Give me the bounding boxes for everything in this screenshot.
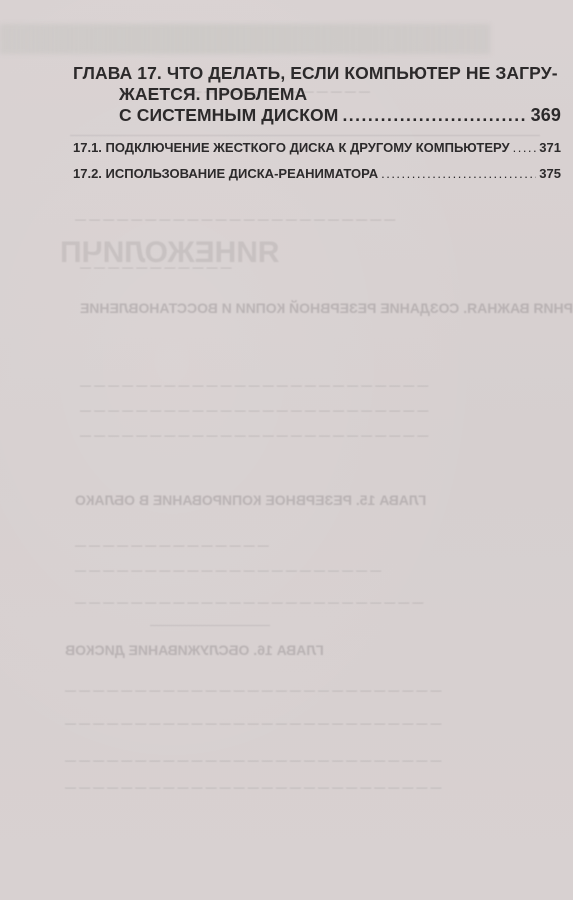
chapter-title-line-1: ГЛАВА 17. ЧТО ДЕЛАТЬ, ЕСЛИ КОМПЬЮТЕР НЕ … (73, 63, 561, 84)
toc-section-entry: 17.2. ИСПОЛЬЗОВАНИЕ ДИСКА-РЕАНИМАТОРА 37… (73, 166, 561, 182)
bleed-through-text: ГЛАВА 16. ОБСЛУЖИВАНИЕ ДИСКОВ (65, 642, 324, 658)
bleed-through-rule (150, 625, 270, 626)
dot-leader (381, 166, 536, 182)
page-edge-shadow (0, 24, 490, 54)
section-page-number: 375 (539, 166, 561, 182)
toc-section-entry: 17.1. ПОДКЛЮЧЕНИЕ ЖЕСТКОГО ДИСКА К ДРУГО… (73, 140, 561, 156)
bleed-through-text: — — — — — — — — — — — — — — — — — — — — … (75, 214, 395, 226)
table-of-contents: ГЛАВА 17. ЧТО ДЕЛАТЬ, ЕСЛИ КОМПЬЮТЕР НЕ … (73, 63, 561, 182)
bleed-through-text: — — — — — — — — — — — (80, 262, 232, 274)
bleed-through-text: — — — — — — — — — — — — — — — — — — — — … (65, 782, 441, 794)
bleed-through-text: — — — — — — — — — — — — — — — — — — — — … (75, 597, 423, 609)
bleed-through-text: — — — — — — — — — — — — — — — — — — — — … (65, 685, 441, 697)
bleed-through-text: ГЛАВА 15. РЕЗЕРВНОЕ КОПИРОВАНИЕ В ОБЛАКО (75, 492, 426, 508)
dot-leader (342, 105, 526, 126)
bleed-through-text: — — — — — — — — — — — — — — (75, 540, 269, 552)
toc-chapter-entry: ГЛАВА 17. ЧТО ДЕЛАТЬ, ЕСЛИ КОМПЬЮТЕР НЕ … (73, 63, 561, 126)
bleed-through-text: — — — — — — — — — — — — — — — — — — — — … (80, 380, 428, 392)
section-title: 17.1. ПОДКЛЮЧЕНИЕ ЖЕСТКОГО ДИСКА К ДРУГО… (73, 140, 510, 156)
dot-leader (513, 140, 537, 156)
bleed-through-text: — — — — — — — — — — — — — — — — — — — — … (75, 565, 381, 577)
bleed-through-text: ГЛАВА 14. WINDOWS: ЕРНИЯ ВАЖНАЯ. СОЗДАНИ… (80, 300, 573, 316)
book-page: — — — — — — — — — — — — — — — — — — — — … (0, 0, 573, 900)
chapter-page-number: 369 (531, 105, 561, 126)
section-title: 17.2. ИСПОЛЬЗОВАНИЕ ДИСКА-РЕАНИМАТОРА (73, 166, 378, 182)
chapter-title-line-2: ЖАЕТСЯ. ПРОБЛЕМА (73, 84, 561, 105)
bleed-through-text: — — — — — — — — — — — — — — — — — — — — … (80, 405, 428, 417)
chapter-title-line-3: С СИСТЕМНЫМ ДИСКОМ (119, 105, 338, 126)
section-page-number: 371 (539, 140, 561, 156)
bleed-through-text: — — — — — — — — — — — — — — — — — — — — … (80, 430, 428, 442)
bleed-through-text: — — — — — — — — — — — — — — — — — — — — … (65, 718, 441, 730)
bleed-through-text: — — — — — — — — — — — — — — — — — — — — … (65, 755, 441, 767)
